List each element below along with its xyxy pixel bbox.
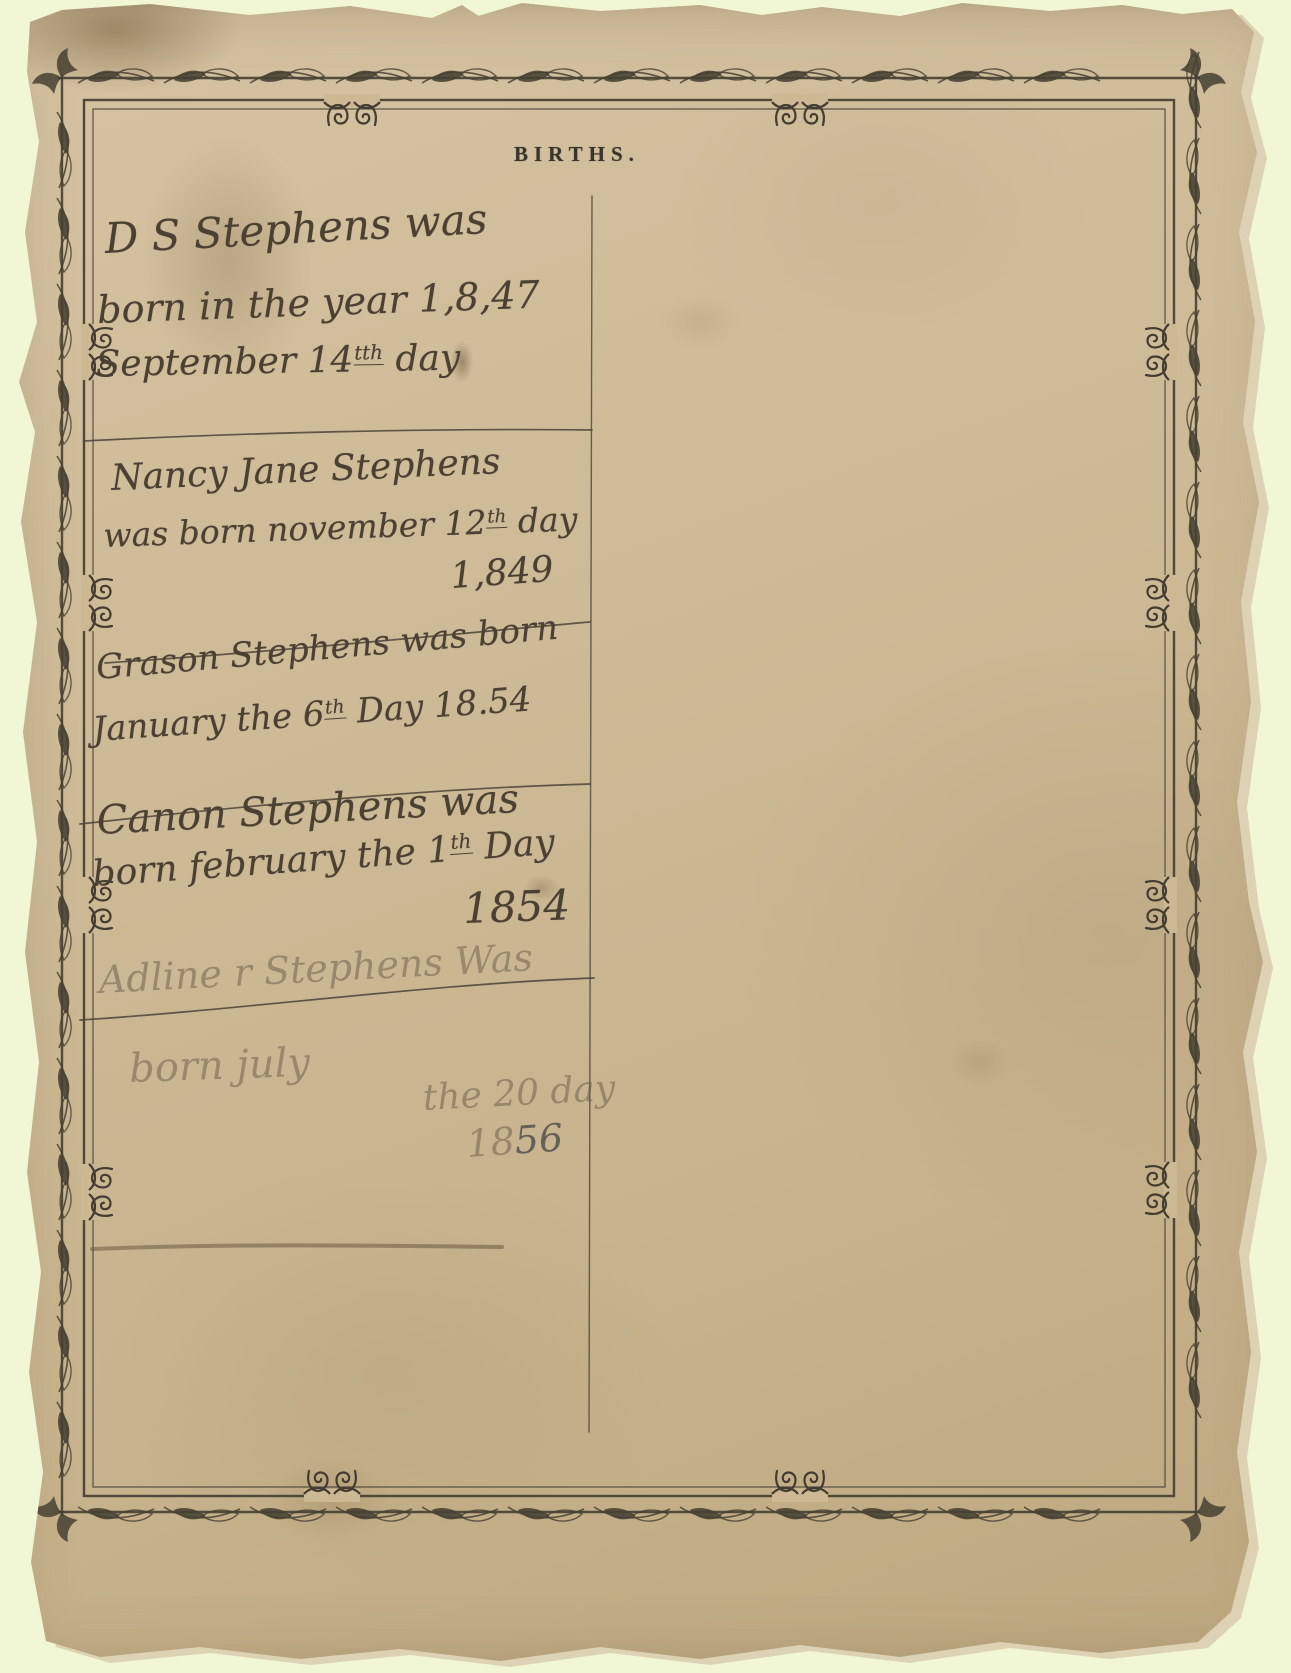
vine-leaf-motif (57, 886, 71, 962)
vine-leaf-motif (1187, 568, 1201, 644)
vine-leaf-motif (1187, 1170, 1201, 1246)
vine-leaf-motif (1187, 482, 1201, 558)
vine-leaf-motif (508, 69, 584, 83)
vine-leaf-motif (57, 1230, 71, 1306)
vine-leaf-motif (57, 198, 71, 274)
vine-leaf-motif (766, 1507, 842, 1521)
vine-leaf-motif (766, 69, 842, 83)
scanned-page: BIRTHS. D S Stephens was born in the yea… (0, 0, 1291, 1673)
entry-3-ordinal: th (323, 696, 346, 719)
birth-entry-2-year: 1,849 (449, 549, 555, 597)
entry-3-date-tail: Day 18.54 (344, 679, 532, 732)
vine-leaf-motif (680, 1507, 756, 1521)
vine-leaf-motif (1180, 1496, 1226, 1542)
birth-entry-3-line-1: Grason Stephens was born (95, 608, 560, 688)
vine-leaf-motif (57, 972, 71, 1048)
vine-leaf-motif (57, 112, 71, 188)
paper-sheet: BIRTHS. D S Stephens was born in the yea… (0, 0, 1291, 1673)
vine-leaf-motif (336, 69, 412, 83)
birth-entry-4-year: 1854 (462, 880, 571, 933)
vine-leaf-motif (57, 1402, 71, 1478)
birth-entry-5-line-3: the 20 day (422, 1068, 616, 1119)
vine-leaf-motif (1187, 52, 1201, 128)
birth-entry-1-line-2: born in the year 1,8,47 (96, 273, 540, 332)
vine-leaf-motif (938, 1507, 1014, 1521)
vine-leaf-motif (1187, 1256, 1201, 1332)
vine-leaf-motif (852, 1507, 928, 1521)
vine-leaf-motif (680, 69, 756, 83)
vine-leaf-motif (1187, 1084, 1201, 1160)
vine-leaf-motif (938, 69, 1014, 83)
scroll-ornament (1146, 877, 1177, 933)
vine-leaf-motif (57, 1144, 71, 1220)
vine-leaf-motif (32, 48, 78, 94)
vine-leaf-motif (1187, 1342, 1201, 1418)
vine-leaf-motif (57, 1316, 71, 1392)
vine-leaf-motif (1187, 224, 1201, 300)
entry-2-date: was born november 12 (103, 503, 487, 555)
vine-leaf-motif (1187, 912, 1201, 988)
vine-leaf-motif (336, 1507, 412, 1521)
vine-leaf-motif (1024, 1507, 1100, 1521)
vine-leaf-motif (250, 1507, 326, 1521)
entry-rule-5 (92, 1245, 502, 1249)
birth-entry-1-line-3: September 14tth day (95, 338, 460, 385)
vine-leaf-motif (57, 800, 71, 876)
entry-1-ordinal: tth (353, 341, 384, 366)
vine-leaf-motif (250, 69, 326, 83)
entry-1-date: September 14 (95, 340, 353, 385)
scroll-ornament (81, 1164, 112, 1220)
scroll-ornament (1146, 1162, 1177, 1218)
vine-leaf-motif (57, 1058, 71, 1134)
entry-1-date-tail: day (384, 338, 461, 380)
vine-leaf-motif (422, 69, 498, 83)
vine-leaf-motif (78, 1507, 154, 1521)
scroll-ornament (1146, 324, 1177, 380)
birth-entry-5-year: 1856 (465, 1115, 565, 1166)
birth-entry-1-line-1: D S Stephens was (103, 194, 488, 263)
vine-leaf-motif (164, 1507, 240, 1521)
vine-leaf-motif (57, 456, 71, 532)
birth-entry-5-line-2: born july (128, 1040, 310, 1092)
scroll-ornament (324, 94, 380, 125)
column-divider (589, 196, 592, 1432)
vine-leaf-motif (164, 69, 240, 83)
entry-5-year-ink: 18 (465, 1119, 516, 1166)
vine-leaf-motif (1024, 69, 1100, 83)
page-title: BIRTHS. (514, 142, 640, 167)
entry-2-date-tail: day (507, 499, 578, 540)
birth-entry-2-line-2: was born november 12th day (103, 499, 578, 555)
vine-leaf-motif (1187, 396, 1201, 472)
entry-5-year-pencil: 56 (513, 1115, 564, 1162)
vine-leaf-motif (57, 628, 71, 704)
entry-4-ordinal: th (449, 830, 473, 856)
vine-leaf-motif (57, 542, 71, 618)
vine-leaf-motif (1187, 826, 1201, 902)
scroll-ornament (81, 575, 112, 631)
vine-leaf-motif (78, 69, 154, 83)
entry-4-date-tail: Day (471, 822, 556, 869)
scroll-ornament (772, 94, 828, 125)
vine-leaf-motif (852, 69, 928, 83)
vine-leaf-motif (1187, 740, 1201, 816)
vine-leaf-motif (594, 69, 670, 83)
vine-leaf-motif (1187, 654, 1201, 730)
vine-leaf-motif (508, 1507, 584, 1521)
vine-leaf-motif (32, 1496, 78, 1542)
vine-leaf-motif (422, 1507, 498, 1521)
scroll-ornament (772, 1471, 828, 1502)
vine-leaf-motif (594, 1507, 670, 1521)
birth-entry-3-line-2: January the 6th Day 18.54 (91, 679, 532, 750)
scroll-ornament (304, 1471, 360, 1502)
entry-3-date: January the 6 (91, 694, 326, 750)
vine-leaf-motif (1187, 138, 1201, 214)
vine-leaf-motif (57, 284, 71, 360)
birth-entry-2-line-1: Nancy Jane Stephens (110, 441, 501, 499)
vine-leaf-motif (57, 714, 71, 790)
entry-rule-1 (84, 430, 592, 441)
vine-leaf-motif (1187, 310, 1201, 386)
scroll-ornament (1146, 575, 1177, 631)
vine-leaf-motif (57, 370, 71, 446)
vine-leaf-motif (1180, 48, 1226, 94)
birth-entry-5-line-1: Adline r Stephens Was (98, 935, 534, 1002)
entry-2-ordinal: th (486, 506, 508, 529)
vine-leaf-motif (1187, 998, 1201, 1074)
